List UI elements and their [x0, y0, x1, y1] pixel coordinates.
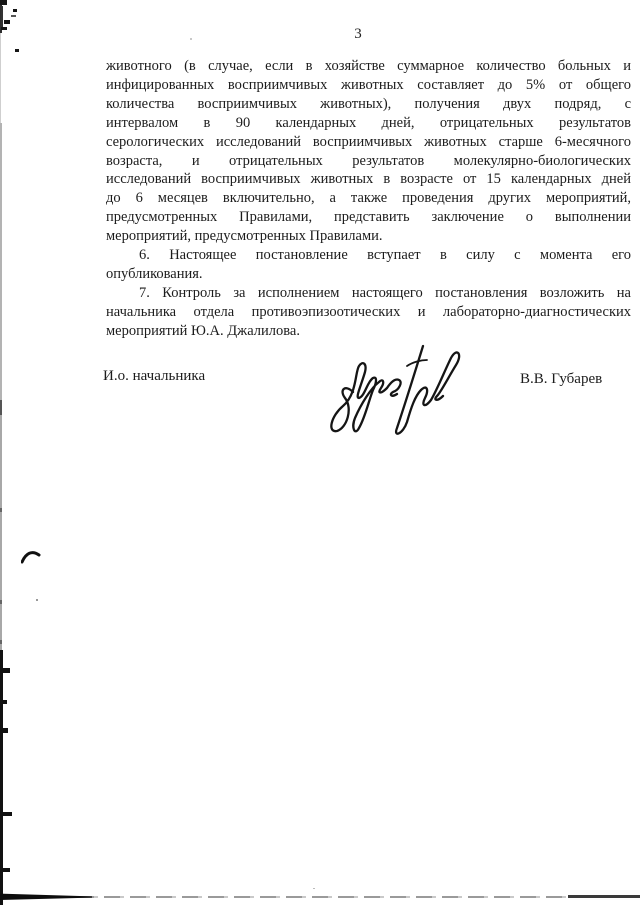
- text-line: количества восприимчивых животных), полу…: [106, 95, 631, 114]
- item-7-line: начальника отдела противоэпизоотических …: [106, 303, 631, 322]
- acting-chief-label: И.о. начальника: [103, 368, 205, 385]
- scan-artifact: [190, 38, 192, 40]
- scan-artifact: [0, 728, 8, 733]
- scan-artifact: [0, 668, 10, 673]
- text-line: инфицированных восприимчивых животных со…: [106, 76, 631, 95]
- item-6-line: 6. Настоящее постановление вступает в си…: [106, 246, 631, 265]
- text-line: мероприятий, предусмотренных Правилами.: [106, 227, 631, 246]
- scan-artifact: [0, 892, 92, 900]
- scan-artifact: [0, 508, 2, 512]
- signer-name: В.В. Губарев: [520, 371, 602, 388]
- scan-artifact: [1, 6, 3, 27]
- scan-artifact: [0, 33, 1, 123]
- ink-smudge-icon: [21, 549, 41, 565]
- handwritten-signature-icon: [295, 332, 465, 437]
- scan-artifact: [0, 415, 2, 650]
- text-line: серологических исследований восприимчивы…: [106, 133, 631, 152]
- scan-edge-line: [0, 896, 640, 898]
- scan-artifact: [0, 600, 2, 604]
- scan-artifact: [15, 49, 19, 52]
- item-7-line: 7. Контроль за исполнением настоящего по…: [106, 284, 631, 303]
- scan-edge-line: [568, 895, 640, 898]
- text-line: интервалом в 90 календарных дней, отрица…: [106, 114, 631, 133]
- text-line: животного (в случае, если в хозяйстве су…: [106, 57, 631, 76]
- text-line: до 6 месяцев включительно, а также прове…: [106, 189, 631, 208]
- scan-artifact: [0, 640, 2, 644]
- text-line: предусмотренных Правилами, представить з…: [106, 208, 631, 227]
- item-6-line: опубликования.: [106, 265, 631, 284]
- scan-artifact: [11, 15, 16, 17]
- scan-artifact: [13, 9, 17, 12]
- scan-artifact: [36, 599, 38, 601]
- page-number: 3: [338, 26, 378, 43]
- scan-artifact: [313, 888, 315, 889]
- scan-artifact: [0, 812, 12, 816]
- body-text: животного (в случае, если в хозяйстве су…: [106, 57, 631, 341]
- scan-artifact: [0, 123, 2, 400]
- scan-artifact: [0, 700, 7, 704]
- scan-artifact: [4, 20, 10, 24]
- text-line: возраста, и отрицательных результатов мо…: [106, 152, 631, 171]
- scan-artifact: [0, 400, 2, 415]
- scan-artifact: [0, 0, 7, 5]
- scan-artifact: [0, 868, 10, 872]
- scanned-document-page: 3 животного (в случае, если в хозяйстве …: [0, 0, 640, 905]
- scan-artifact: [0, 650, 3, 905]
- text-line: исследований восприимчивых животных в во…: [106, 170, 631, 189]
- scan-artifact: [1, 27, 7, 30]
